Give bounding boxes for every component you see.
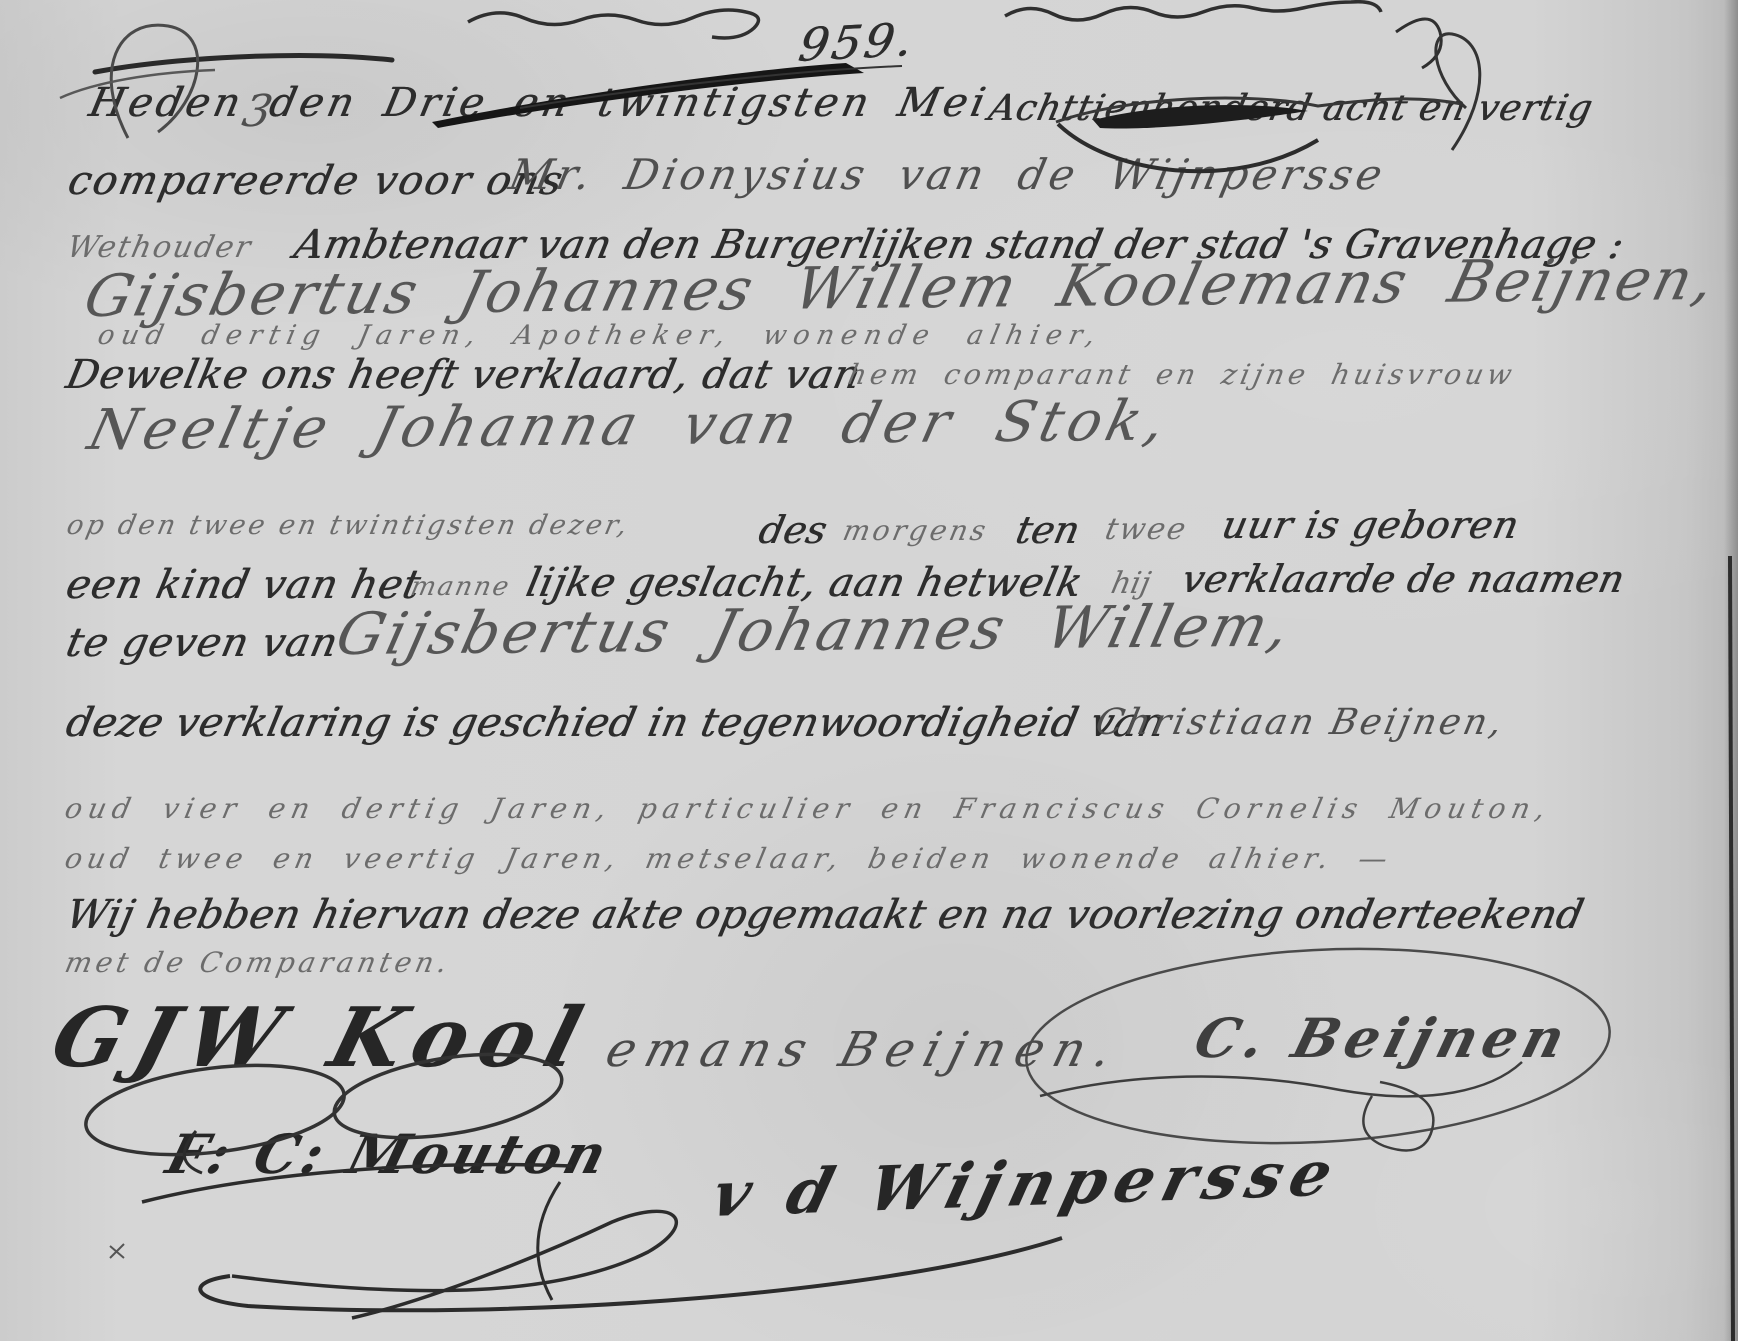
declarant-details-note: oud dertig Jaren, Apotheker, wonende alh…	[95, 320, 1105, 351]
line-ten: ten	[1012, 508, 1084, 552]
child-name: Gijsbertus Johannes Willem,	[330, 592, 1299, 668]
act-number: 959.	[795, 12, 919, 72]
official-descender	[538, 1182, 560, 1300]
birth-day-note: op den twee en twintigsten dezer,	[64, 510, 633, 541]
top-center-cut-word	[468, 10, 759, 38]
top-right-loop-eight	[1396, 19, 1441, 68]
witness2-details-note: oud twee en veertig Jaren, metselaar, be…	[62, 842, 1395, 875]
signature-official: v d Wijnpersse	[705, 1136, 1348, 1231]
official-flourish-sweep	[200, 1238, 1062, 1310]
closing-note: met de Comparanten.	[62, 946, 454, 979]
official-name: Mr. Dionysius van de Wijnpersse	[505, 150, 1391, 199]
time-of-day-note: morgens	[840, 514, 992, 547]
signature-declarant-main: GJW Kool	[42, 990, 603, 1086]
signature-witness-mouton: F: C: Mouton	[160, 1122, 617, 1186]
line-te-geven: te geven van	[62, 620, 342, 666]
bottom-left-mark	[110, 1244, 124, 1258]
line-geboren: uur is geboren	[1218, 503, 1523, 547]
witness1-name: Christiaan Beijnen,	[1092, 702, 1509, 743]
scan-edge-shadow	[1724, 0, 1738, 1341]
line-opening-date: Heden den Drie en twintigsten Mei	[85, 80, 993, 126]
mother-name: Neeltje Johanna van der Stok,	[82, 389, 1177, 463]
parents-relation-note: hem comparant en zijne huisvrouw	[845, 358, 1519, 391]
signature-declarant-rest: emans Beijnen.	[600, 1022, 1128, 1078]
top-left-strike-line	[95, 56, 392, 72]
witness1-details-note: oud vier en dertig Jaren, particulier en…	[62, 792, 1554, 825]
line-verklaring: deze verklaring is geschied in tegenwoor…	[62, 700, 1169, 746]
top-right-cut-word	[1005, 2, 1381, 20]
birth-hour-note: twee	[1102, 512, 1191, 547]
line-closing: Wij hebben hiervan deze akte opgemaakt e…	[62, 892, 1588, 938]
signature-witness-beijnen: C. Beijnen	[1188, 1006, 1578, 1070]
official-flourish-cross	[232, 1211, 676, 1318]
line-year: Achttienhonderd acht en vertig	[985, 88, 1597, 129]
beijnen-small-loop	[1363, 1082, 1433, 1150]
line-des: des	[755, 508, 831, 552]
line-compareerde: compareerde voor ons	[64, 158, 568, 204]
gender-note: manne	[408, 572, 513, 602]
document-scan: { "colors":{"paper":"#d3d3d3","ink":"#2d…	[0, 0, 1738, 1341]
line-dewelke: Dewelke ons heeft verklaard, dat van	[62, 352, 865, 398]
